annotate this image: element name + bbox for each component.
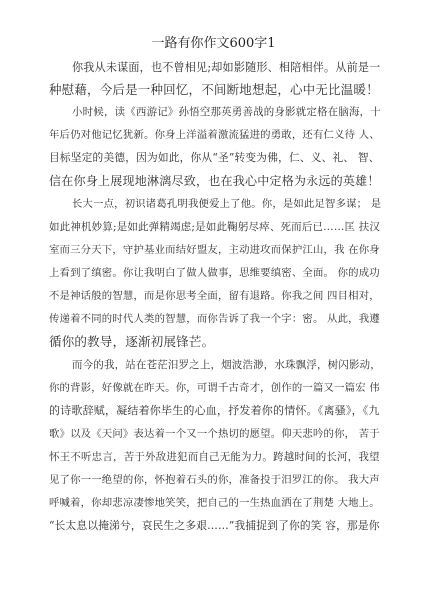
text-line: 歌》以及《天问》表达着一个又一个热切的愿望。仰天悲吟的你， 苦于 [49, 426, 381, 442]
document-title: 一路有你作文600字1 [0, 36, 427, 52]
text-line: 年后仍对他记忆犹新。你身上洋溢着激流猛进的勇敢，还有仁义待 人、 [49, 127, 381, 143]
document-page: 一路有你作文600字1 你我从未谋面，也不曾相见;却如影随形、相陪相伴。从前是一… [0, 0, 427, 600]
text-line: 循你的教导，逐渐初展锋芒。 [49, 334, 381, 350]
text-line: 不是神话般的智慧，而是你思考全面，留有退路。你我之间 四目相对， [49, 288, 381, 304]
text-line: 呼喊着，你却悲凉凄惨地笑笑，把自己的一生热血洒在了荆楚 大地上。 [49, 495, 381, 511]
text-line: 上看到了缜密。你让我明白了做人做事，思维要缜密、全面。 你的成功 [49, 265, 381, 281]
text-line: 如此神机妙算;是如此弹精竭虑;是如此鞠躬尽瘁、死而后已……匡 扶汉 [49, 219, 381, 235]
text-line: 见了你一一绝望的你，怀抱着石头的你，准备投于汨罗江的你。 我大声 [49, 472, 381, 488]
text-line: 怀王不听忠言，苦于外敌进犯而自己无能为力。跨越时间的长河，我望 [49, 449, 381, 465]
text-line: 的诗歌辞赋，凝结着你毕生的心血，抒发着你的情怀。《离骚》，《九 [49, 403, 381, 419]
text-line: 小时候，读《西游记》孙悟空那英勇善战的身影就定格在脑海，十 [72, 104, 382, 120]
text-line: 你的背影，好像就在昨天。你，可谓千古奇才，创作的一篇又一篇宏 伟 [49, 380, 381, 396]
text-line: 长大一点，初识诸葛孔明我便爱上了他。你，是如此足智多谋； 是 [72, 196, 382, 212]
text-line: 信在你身上展现地淋漓尽致，也在我心中定格为永远的英雄！ [49, 173, 381, 189]
text-line: 你我从未谋面，也不曾相见;却如影随形、相陪相伴。从前是一 [72, 60, 382, 76]
text-line: 室而三分天下，守护基业而结好盟友，主动进攻而保护江山，我 在你身 [49, 242, 381, 258]
text-line: “长太息以掩涕兮，哀民生之多艰……”我捕捉到了你的笑 容，那是你 [49, 518, 381, 534]
text-line: 传递着不同的时代人类的智慧，而你告诉了我一个字：密。 从此，我遵 [49, 311, 381, 327]
text-line: 而今的我，站在苍茫汨罗之上，烟波浩渺，水珠飘浮，树闪影动， [72, 357, 382, 373]
text-line: 目标坚定的美德，因为如此，你从“圣”转变为佛，仁、义、礼、 智、 [49, 150, 381, 166]
text-line: 种慰藉，今后是一种回忆，不间断地想起，心中无比温暖！ [49, 82, 381, 98]
